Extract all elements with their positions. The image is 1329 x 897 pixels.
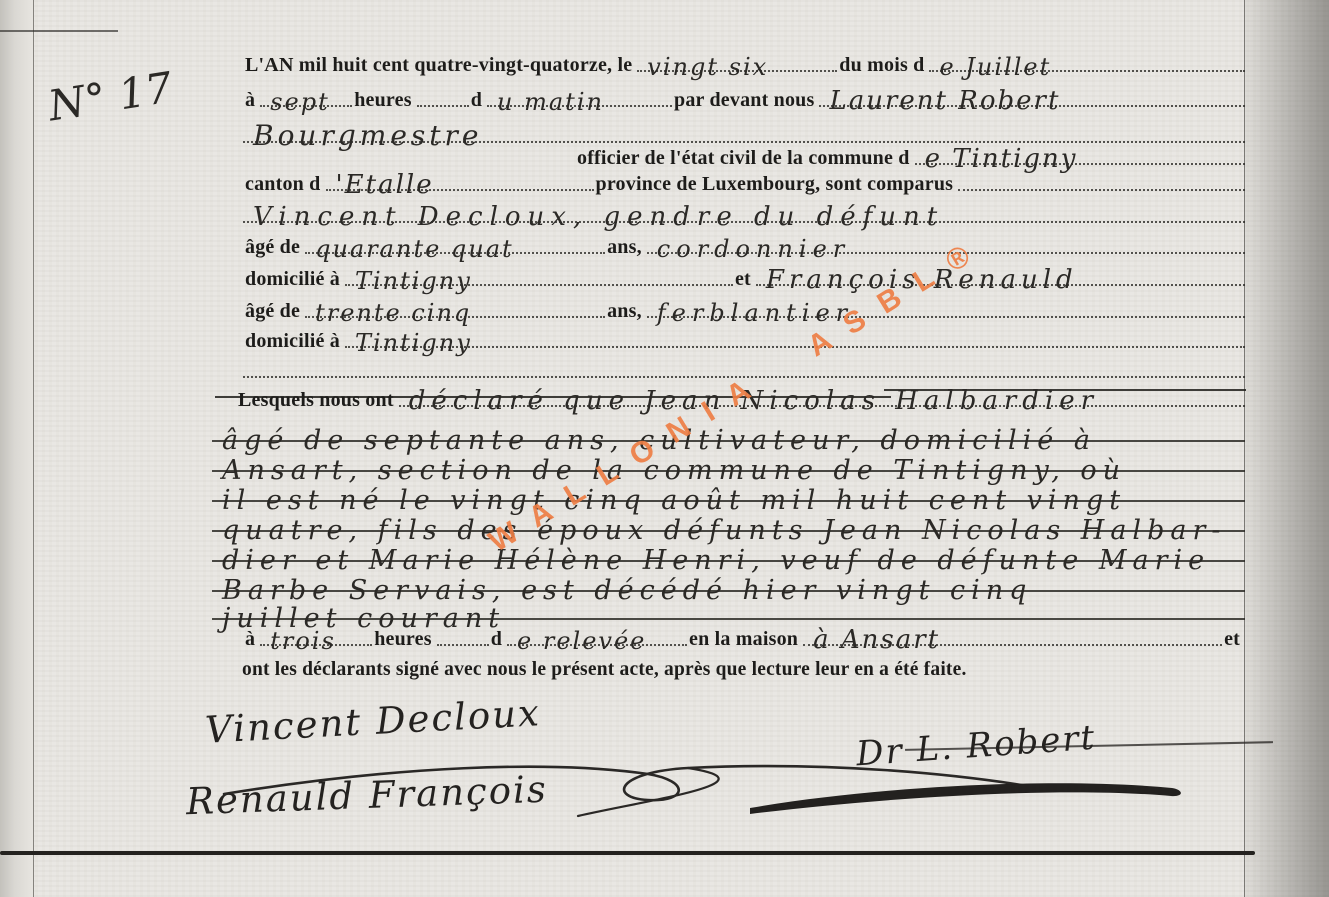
printed-text: en la maison xyxy=(687,629,803,650)
blank-domicile1: Tintigny xyxy=(345,282,733,286)
form-line-canton: canton d 'Etalle province de Luxembourg,… xyxy=(243,169,1245,195)
page-bottom-rule xyxy=(0,851,1255,855)
printed-text: heures xyxy=(372,629,437,650)
handwritten-age1: quarante quat xyxy=(315,237,514,261)
form-line-age1: âgé de quarante quat ans, cordonnier xyxy=(243,232,1245,258)
form-line-age2: âgé de trente cinq ans, ferblantier xyxy=(243,296,1245,322)
signature-declarant1: Vincent Decloux xyxy=(204,691,542,752)
printed-text: à xyxy=(243,629,260,650)
printed-text: ans, xyxy=(605,237,647,258)
blank-profession2: ferblantier xyxy=(647,314,1245,318)
blank-declaration: déclaré que Jean Nicolas Halbardier xyxy=(399,403,1245,407)
blank-declarant2: François Renauld xyxy=(756,282,1245,286)
handwritten-age2: trente cinq xyxy=(315,301,471,325)
printed-text: à xyxy=(243,90,260,111)
printed-text: domicilié à xyxy=(243,331,345,352)
printed-text: province de Luxembourg, sont comparus xyxy=(594,174,959,195)
form-line-commune: officier de l'état civil de la commune d… xyxy=(575,143,1245,169)
printed-text: d xyxy=(489,629,507,650)
form-line-domicile1: domicilié à Tintigny et François Renauld xyxy=(243,264,1245,290)
top-left-rule xyxy=(0,30,118,32)
printed-text: Lesquels nous ont xyxy=(236,390,399,411)
blank-empty xyxy=(958,187,1245,191)
form-line-hour: à sept heures d u matin par devant nous … xyxy=(243,85,1245,111)
handwritten-day: vingt six xyxy=(647,55,768,79)
blank-declarant1: Vincent Decloux, gendre du défunt xyxy=(243,219,1245,223)
printed-text: canton d xyxy=(243,174,326,195)
blank-commune: e Tintigny xyxy=(915,161,1245,165)
handwritten-death-hour: trois xyxy=(270,629,336,653)
blank-month: e Juillet xyxy=(929,68,1245,72)
body-line: il est né le vingt cinq août mil huit ce… xyxy=(212,480,1245,506)
printed-text: L'AN mil huit cent quatre-vingt-quatorze… xyxy=(243,55,637,76)
blank-age1: quarante quat xyxy=(305,250,605,254)
ruled-line: dier et Marie Hélène Henri, veuf de défu… xyxy=(212,558,1245,562)
blank-age2: trente cinq xyxy=(305,314,605,318)
body-line: Barbe Servais, est décédé hier vingt cin… xyxy=(212,570,1245,596)
blank-officer-name: Laurent Robert xyxy=(819,103,1245,107)
printed-text: ans, xyxy=(605,301,647,322)
printed-text: âgé de xyxy=(243,301,305,322)
page-right-shadow xyxy=(1244,0,1329,897)
handwritten-profession1: cordonnier xyxy=(657,237,850,261)
closing-sentence: ont les déclarants signé avec nous le pr… xyxy=(240,660,972,680)
body-line: dier et Marie Hélène Henri, veuf de défu… xyxy=(212,540,1245,566)
blank-empty xyxy=(437,642,489,646)
form-line-domicile2: domicilié à Tintigny xyxy=(243,326,1245,352)
printed-text: et xyxy=(733,269,756,290)
form-line-death-time: à trois heures d e relevée en la maison … xyxy=(243,624,1245,650)
death-record-scan: N° 17 L'AN mil huit cent quatre-vingt-qu… xyxy=(0,0,1329,897)
handwritten-death-place: à Ansart xyxy=(813,627,940,653)
handwritten-month: e Juillet xyxy=(939,55,1051,79)
ruled-line: juillet courant xyxy=(212,616,1245,620)
page-binding-edge xyxy=(0,0,34,897)
body-line: quatre, fils des époux défunts Jean Nico… xyxy=(212,510,1245,536)
printed-text: d xyxy=(469,90,487,111)
printed-text: domicilié à xyxy=(243,269,345,290)
handwritten-declarant1: Vincent Decloux, gendre du défunt xyxy=(253,204,944,230)
blank-empty xyxy=(417,103,469,107)
blank-death-hour: trois xyxy=(260,642,372,646)
officer-signature-swoosh xyxy=(748,772,1188,818)
ruled-line: Barbe Servais, est décédé hier vingt cin… xyxy=(212,588,1245,592)
printed-text: par devant nous xyxy=(672,90,819,111)
handwritten-domicile2: Tintigny xyxy=(355,331,472,355)
body-line: juillet courant xyxy=(212,598,1245,624)
body-line: Ansart, section de la commune de Tintign… xyxy=(212,450,1245,476)
ruled-line: il est né le vingt cinq août mil huit ce… xyxy=(212,498,1245,502)
handwritten-officer-name: Laurent Robert xyxy=(829,88,1060,114)
ruled-line: âgé de septante ans, cultivateur, domici… xyxy=(212,438,1245,442)
ruled-line: Ansart, section de la commune de Tintign… xyxy=(212,468,1245,472)
handwritten-canton: 'Etalle xyxy=(336,172,434,198)
body-line: âgé de septante ans, cultivateur, domici… xyxy=(212,420,1245,446)
blank-death-period: e relevée xyxy=(507,642,687,646)
record-number: N° 17 xyxy=(45,63,176,131)
blank-period: u matin xyxy=(487,103,672,107)
printed-text: officier de l'état civil de la commune d xyxy=(575,148,915,169)
form-line-declarant1: Vincent Decloux, gendre du défunt xyxy=(243,201,1245,227)
blank-death-place: à Ansart xyxy=(803,642,1222,646)
form-line-closing: ont les déclarants signé avec nous le pr… xyxy=(240,654,1245,680)
ruled-line: quatre, fils des époux défunts Jean Nico… xyxy=(212,528,1245,532)
blank-day: vingt six xyxy=(637,68,837,72)
blank-hour: sept xyxy=(260,103,352,107)
handwritten-period: u matin xyxy=(497,90,604,114)
printed-text: du mois d xyxy=(837,55,929,76)
printed-text: heures xyxy=(352,90,417,111)
handwritten-hour: sept xyxy=(270,90,330,114)
blank-canton: 'Etalle xyxy=(326,187,594,191)
handwritten-officer-title: Bourgmestre xyxy=(253,122,482,150)
form-line-year: L'AN mil huit cent quatre-vingt-quatorze… xyxy=(243,50,1245,76)
handwritten-domicile1: Tintigny xyxy=(355,269,472,293)
handwritten-death-period: e relevée xyxy=(517,629,646,653)
printed-text: et xyxy=(1222,629,1245,650)
printed-text: âgé de xyxy=(243,237,305,258)
